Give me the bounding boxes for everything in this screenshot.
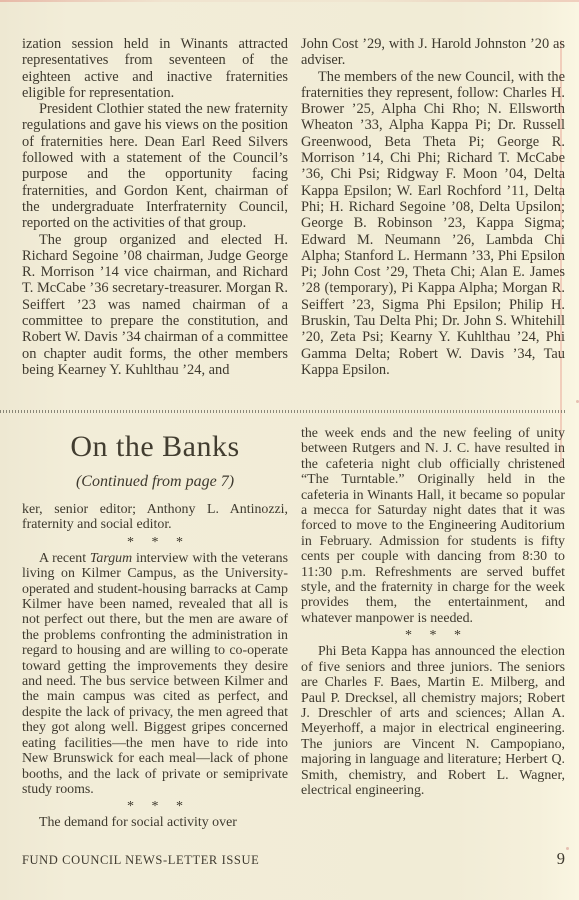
body-paragraph: The members of the new Council, with the… bbox=[301, 69, 565, 379]
italic-text: Targum bbox=[90, 551, 132, 566]
scan-speck bbox=[566, 847, 569, 850]
text-run: The group organized and elected H. Richa… bbox=[22, 232, 288, 378]
page-number: 9 bbox=[557, 849, 565, 869]
article-column-right-bottom: the week ends and the new feeling of uni… bbox=[301, 426, 565, 798]
body-paragraph: ization session held in Winants attracte… bbox=[22, 36, 288, 101]
left-bottom-text: ker, senior editor; Anthony L. Antinozzi… bbox=[22, 502, 288, 831]
text-run: ker, senior editor; Anthony L. Antinozzi… bbox=[22, 502, 288, 532]
page-footer: FUND COUNCIL NEWS-LETTER ISSUE 9 bbox=[22, 849, 565, 869]
body-paragraph: Phi Beta Kappa has announced the electio… bbox=[301, 644, 565, 798]
asterisk-separator: * * * bbox=[22, 800, 288, 813]
text-run: President Clothier stated the new frater… bbox=[22, 101, 288, 231]
body-paragraph: ker, senior editor; Anthony L. Antinozzi… bbox=[22, 502, 288, 533]
text-run: ization session held in Winants attracte… bbox=[22, 36, 288, 101]
continued-from-note: (Continued from page 7) bbox=[22, 473, 288, 491]
body-paragraph: John Cost ’29, with J. Harold Johnston ’… bbox=[301, 36, 565, 69]
asterisk-separator: * * * bbox=[22, 536, 288, 549]
section-divider-rule bbox=[0, 410, 567, 413]
body-paragraph: The group organized and elected H. Richa… bbox=[22, 232, 288, 379]
text-run: A recent bbox=[39, 551, 90, 566]
article-column-left-top: ization session held in Winants attracte… bbox=[22, 36, 288, 378]
scan-edge-artifact-top bbox=[0, 0, 579, 2]
article-column-right-top: John Cost ’29, with J. Harold Johnston ’… bbox=[301, 36, 565, 378]
scanned-page: ization session held in Winants attracte… bbox=[0, 0, 579, 900]
section-heading: On the Banks bbox=[22, 430, 288, 464]
body-paragraph: President Clothier stated the new frater… bbox=[22, 101, 288, 231]
body-paragraph: A recent Targum interview with the veter… bbox=[22, 551, 288, 798]
text-run: interview with the veterans living on Ki… bbox=[22, 551, 288, 797]
article-column-left-bottom: On the Banks (Continued from page 7) ker… bbox=[22, 430, 288, 831]
text-run: the week ends and the new feeling of uni… bbox=[301, 426, 565, 626]
asterisk-separator: * * * bbox=[301, 629, 565, 642]
text-run: The demand for social activity over bbox=[39, 815, 237, 830]
footer-issue-title: FUND COUNCIL NEWS-LETTER ISSUE bbox=[22, 853, 259, 868]
text-run: Phi Beta Kappa has announced the electio… bbox=[301, 644, 565, 798]
text-run: The members of the new Council, with the… bbox=[301, 69, 565, 378]
text-run: John Cost ’29, with J. Harold Johnston ’… bbox=[301, 36, 565, 68]
body-paragraph: the week ends and the new feeling of uni… bbox=[301, 426, 565, 626]
body-paragraph: The demand for social activity over bbox=[22, 815, 288, 830]
